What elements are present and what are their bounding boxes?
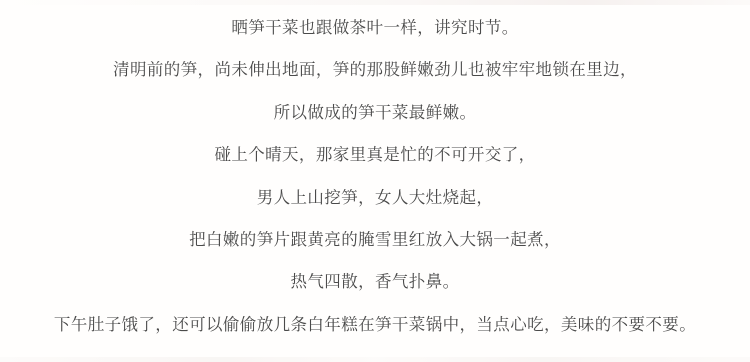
text-line: 下午肚子饿了，还可以偷偷放几条白年糕在笋干菜锅中，当点心吃，美味的不要不要。 bbox=[0, 304, 750, 346]
article-page: 晒笋干菜也跟做茶叶一样，讲究时节。 清明前的笋，尚未伸出地面，笋的那股鲜嫩劲儿也… bbox=[0, 0, 750, 362]
article-body: 晒笋干菜也跟做茶叶一样，讲究时节。 清明前的笋，尚未伸出地面，笋的那股鲜嫩劲儿也… bbox=[0, 7, 750, 346]
top-edge-artifact bbox=[0, 0, 750, 5]
text-line: 碰上个晴天，那家里真是忙的不可开交了， bbox=[0, 134, 750, 176]
text-line: 把白嫩的笋片跟黄亮的腌雪里红放入大锅一起煮， bbox=[0, 219, 750, 261]
bottom-edge-artifact bbox=[0, 357, 750, 362]
text-line: 清明前的笋，尚未伸出地面，笋的那股鲜嫩劲儿也被牢牢地锁在里边， bbox=[0, 49, 750, 91]
text-line: 男人上山挖笋，女人大灶烧起， bbox=[0, 177, 750, 219]
text-line: 晒笋干菜也跟做茶叶一样，讲究时节。 bbox=[0, 7, 750, 49]
text-line: 所以做成的笋干菜最鲜嫩。 bbox=[0, 92, 750, 134]
text-line: 热气四散，香气扑鼻。 bbox=[0, 261, 750, 303]
